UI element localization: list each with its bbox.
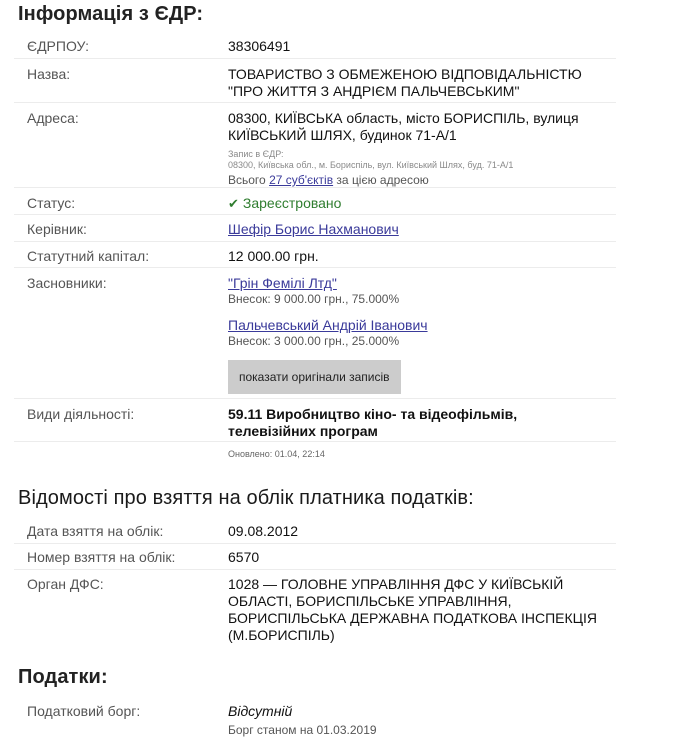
tax-debt-date: Борг станом на 01.03.2019 xyxy=(228,723,618,738)
tax-authority-row: Орган ДФС: 1028 — ГОЛОВНЕ УПРАВЛІННЯ ДФС… xyxy=(14,570,616,645)
address-total: Всього 27 суб'єктів за цією адресою xyxy=(228,173,618,188)
capital-label: Статутний капітал: xyxy=(27,248,149,265)
founder-item: "Грін Фемілі Лтд" Внесок: 9 000.00 грн.,… xyxy=(228,275,618,307)
tax-debt-row: Податковий борг: Відсутній Борг станом н… xyxy=(14,697,616,740)
address-record-value: 08300, Київська обл., м. Бориспіль, вул.… xyxy=(228,160,618,171)
tax-authority-label: Орган ДФС: xyxy=(27,576,104,593)
activity-row: Види діяльності: 59.11 Виробництво кіно-… xyxy=(14,399,616,442)
name-line-1: ТОВАРИСТВО З ОБМЕЖЕНОЮ ВІДПОВІДАЛЬНІСТЮ xyxy=(228,66,618,83)
address-label: Адреса: xyxy=(27,110,79,127)
registration-date-row: Дата взяття на облік: 09.08.2012 xyxy=(14,518,616,544)
edr-section-title: Інформація з ЄДР: xyxy=(18,3,203,26)
taxes-title: Податки: xyxy=(18,666,108,689)
director-value: Шефір Борис Нахманович xyxy=(228,221,618,238)
edrpou-label: ЄДРПОУ: xyxy=(27,38,89,55)
founder-link[interactable]: Пальчевський Андрій Іванович xyxy=(228,317,428,333)
tax-authority-line-1: 1028 — ГОЛОВНЕ УПРАВЛІННЯ ДФС У КИЇВСЬКІ… xyxy=(228,576,618,593)
founders-list: "Грін Фемілі Лтд" Внесок: 9 000.00 грн.,… xyxy=(228,275,618,349)
status-text: Зареєстровано xyxy=(243,195,342,211)
director-link[interactable]: Шефір Борис Нахманович xyxy=(228,221,399,237)
tax-debt-value: Відсутній Борг станом на 01.03.2019 xyxy=(228,703,618,738)
founder-contribution: Внесок: 3 000.00 грн., 25.000% xyxy=(228,334,618,349)
founder-link[interactable]: "Грін Фемілі Лтд" xyxy=(228,275,337,291)
tax-authority-value: 1028 — ГОЛОВНЕ УПРАВЛІННЯ ДФС У КИЇВСЬКІ… xyxy=(228,576,618,644)
capital-row: Статутний капітал: 12 000.00 грн. xyxy=(14,242,616,268)
edrpou-value: 38306491 xyxy=(228,38,618,55)
tax-authority-line-3: БОРИСПІЛЬСЬКА ДЕРЖАВНА ПОДАТКОВА ІНСПЕКЦ… xyxy=(228,610,618,627)
tax-debt-status: Відсутній xyxy=(228,703,618,720)
founders-label: Засновники: xyxy=(27,275,107,292)
status-value: ✔Зареєстровано xyxy=(228,195,618,212)
activity-value: 59.11 Виробництво кіно- та відеофільмів,… xyxy=(228,406,618,440)
checkmark-icon: ✔ xyxy=(228,196,239,211)
name-row: Назва: ТОВАРИСТВО З ОБМЕЖЕНОЮ ВІДПОВІДАЛ… xyxy=(14,59,616,103)
address-line-1: 08300, КИЇВСЬКА область, місто БОРИСПІЛЬ… xyxy=(228,110,618,127)
address-value: 08300, КИЇВСЬКА область, місто БОРИСПІЛЬ… xyxy=(228,110,618,188)
name-line-2: "ПРО ЖИТТЯ З АНДРІЄМ ПАЛЬЧЕВСЬКИМ" xyxy=(228,83,618,100)
founder-item: Пальчевський Андрій Іванович Внесок: 3 0… xyxy=(228,317,618,349)
address-record-label: Запис в ЄДР: xyxy=(228,149,618,160)
address-line-2: КИЇВСЬКИЙ ШЛЯХ, будинок 71-А/1 xyxy=(228,127,618,144)
address-row: Адреса: 08300, КИЇВСЬКА область, місто Б… xyxy=(14,103,616,188)
registration-number-row: Номер взяття на облік: 6570 xyxy=(14,544,616,570)
registration-date-label: Дата взяття на облік: xyxy=(27,523,163,540)
name-label: Назва: xyxy=(27,66,70,83)
founder-contribution: Внесок: 9 000.00 грн., 75.000% xyxy=(228,292,618,307)
founders-row: Засновники: "Грін Фемілі Лтд" Внесок: 9 … xyxy=(14,268,616,399)
registration-number-value: 6570 xyxy=(228,549,618,566)
status-label: Статус: xyxy=(27,195,75,212)
director-row: Керівник: Шефір Борис Нахманович xyxy=(14,215,616,242)
registration-number-label: Номер взяття на облік: xyxy=(27,549,175,566)
updated-timestamp: Оновлено: 01.04, 22:14 xyxy=(228,449,325,459)
tax-debt-label: Податковий борг: xyxy=(27,703,140,720)
edrpou-row: ЄДРПОУ: 38306491 xyxy=(14,30,616,59)
tax-registration-title: Відомості про взяття на облік платника п… xyxy=(18,487,474,510)
address-total-prefix: Всього xyxy=(228,173,269,187)
activity-label: Види діяльності: xyxy=(27,406,134,423)
registration-date-value: 09.08.2012 xyxy=(228,523,618,540)
status-row: Статус: ✔Зареєстровано xyxy=(14,188,616,215)
address-entities-link[interactable]: 27 суб'єктів xyxy=(269,173,333,187)
capital-value: 12 000.00 грн. xyxy=(228,248,618,265)
activity-line-1: 59.11 Виробництво кіно- та відеофільмів, xyxy=(228,406,618,423)
address-total-suffix: за цією адресою xyxy=(333,173,429,187)
activity-line-2: телевізійних програм xyxy=(228,423,618,440)
tax-authority-line-4: (М.БОРИСПІЛЬ) xyxy=(228,627,618,644)
director-label: Керівник: xyxy=(27,221,87,238)
name-value: ТОВАРИСТВО З ОБМЕЖЕНОЮ ВІДПОВІДАЛЬНІСТЮ … xyxy=(228,66,618,100)
tax-authority-line-2: ОБЛАСТІ, БОРИСПІЛЬСЬКЕ УПРАВЛІННЯ, xyxy=(228,593,618,610)
show-originals-button[interactable]: показати оригінали записів xyxy=(228,360,401,394)
